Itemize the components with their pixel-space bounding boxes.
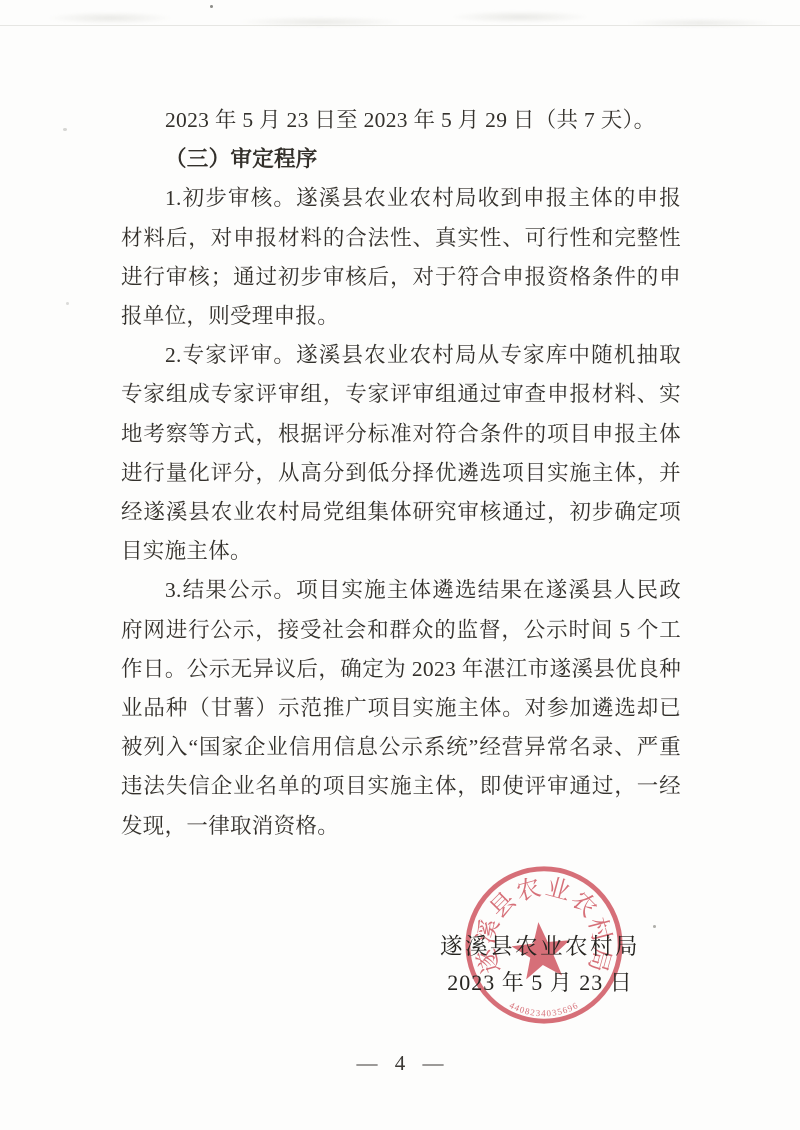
- paragraph: 2023 年 5 月 23 日至 2023 年 5 月 29 日（共 7 天）。: [121, 101, 681, 140]
- scan-speck: [653, 925, 656, 928]
- scan-line-artifact: [0, 25, 800, 26]
- scan-smudge-artifact: [0, 4, 800, 34]
- page-number: — 4 —: [0, 1051, 800, 1076]
- paragraph: 1.初步审核。遂溪县农业农村局收到申报主体的申报材料后，对申报材料的合法性、真实…: [121, 179, 681, 336]
- document-page: 2023 年 5 月 23 日至 2023 年 5 月 29 日（共 7 天）。…: [0, 0, 800, 1130]
- section-heading: （三）审定程序: [121, 140, 681, 179]
- signature-agency: 遂溪县农业农村局: [390, 929, 690, 961]
- scan-speck: [66, 302, 69, 305]
- scan-speck: [63, 128, 67, 131]
- paragraph: 2.专家评审。遂溪县农业农村局从专家库中随机抽取专家组成专家评审组，专家评审组通…: [121, 336, 681, 571]
- text-block: 2023 年 5 月 23 日至 2023 年 5 月 29 日（共 7 天）。…: [121, 101, 681, 846]
- signature-date: 2023 年 5 月 23 日: [390, 966, 690, 997]
- scan-speck: [210, 5, 213, 8]
- paragraph: 3.结果公示。项目实施主体遴选结果在遂溪县人民政府网进行公示，接受社会和群众的监…: [121, 571, 681, 845]
